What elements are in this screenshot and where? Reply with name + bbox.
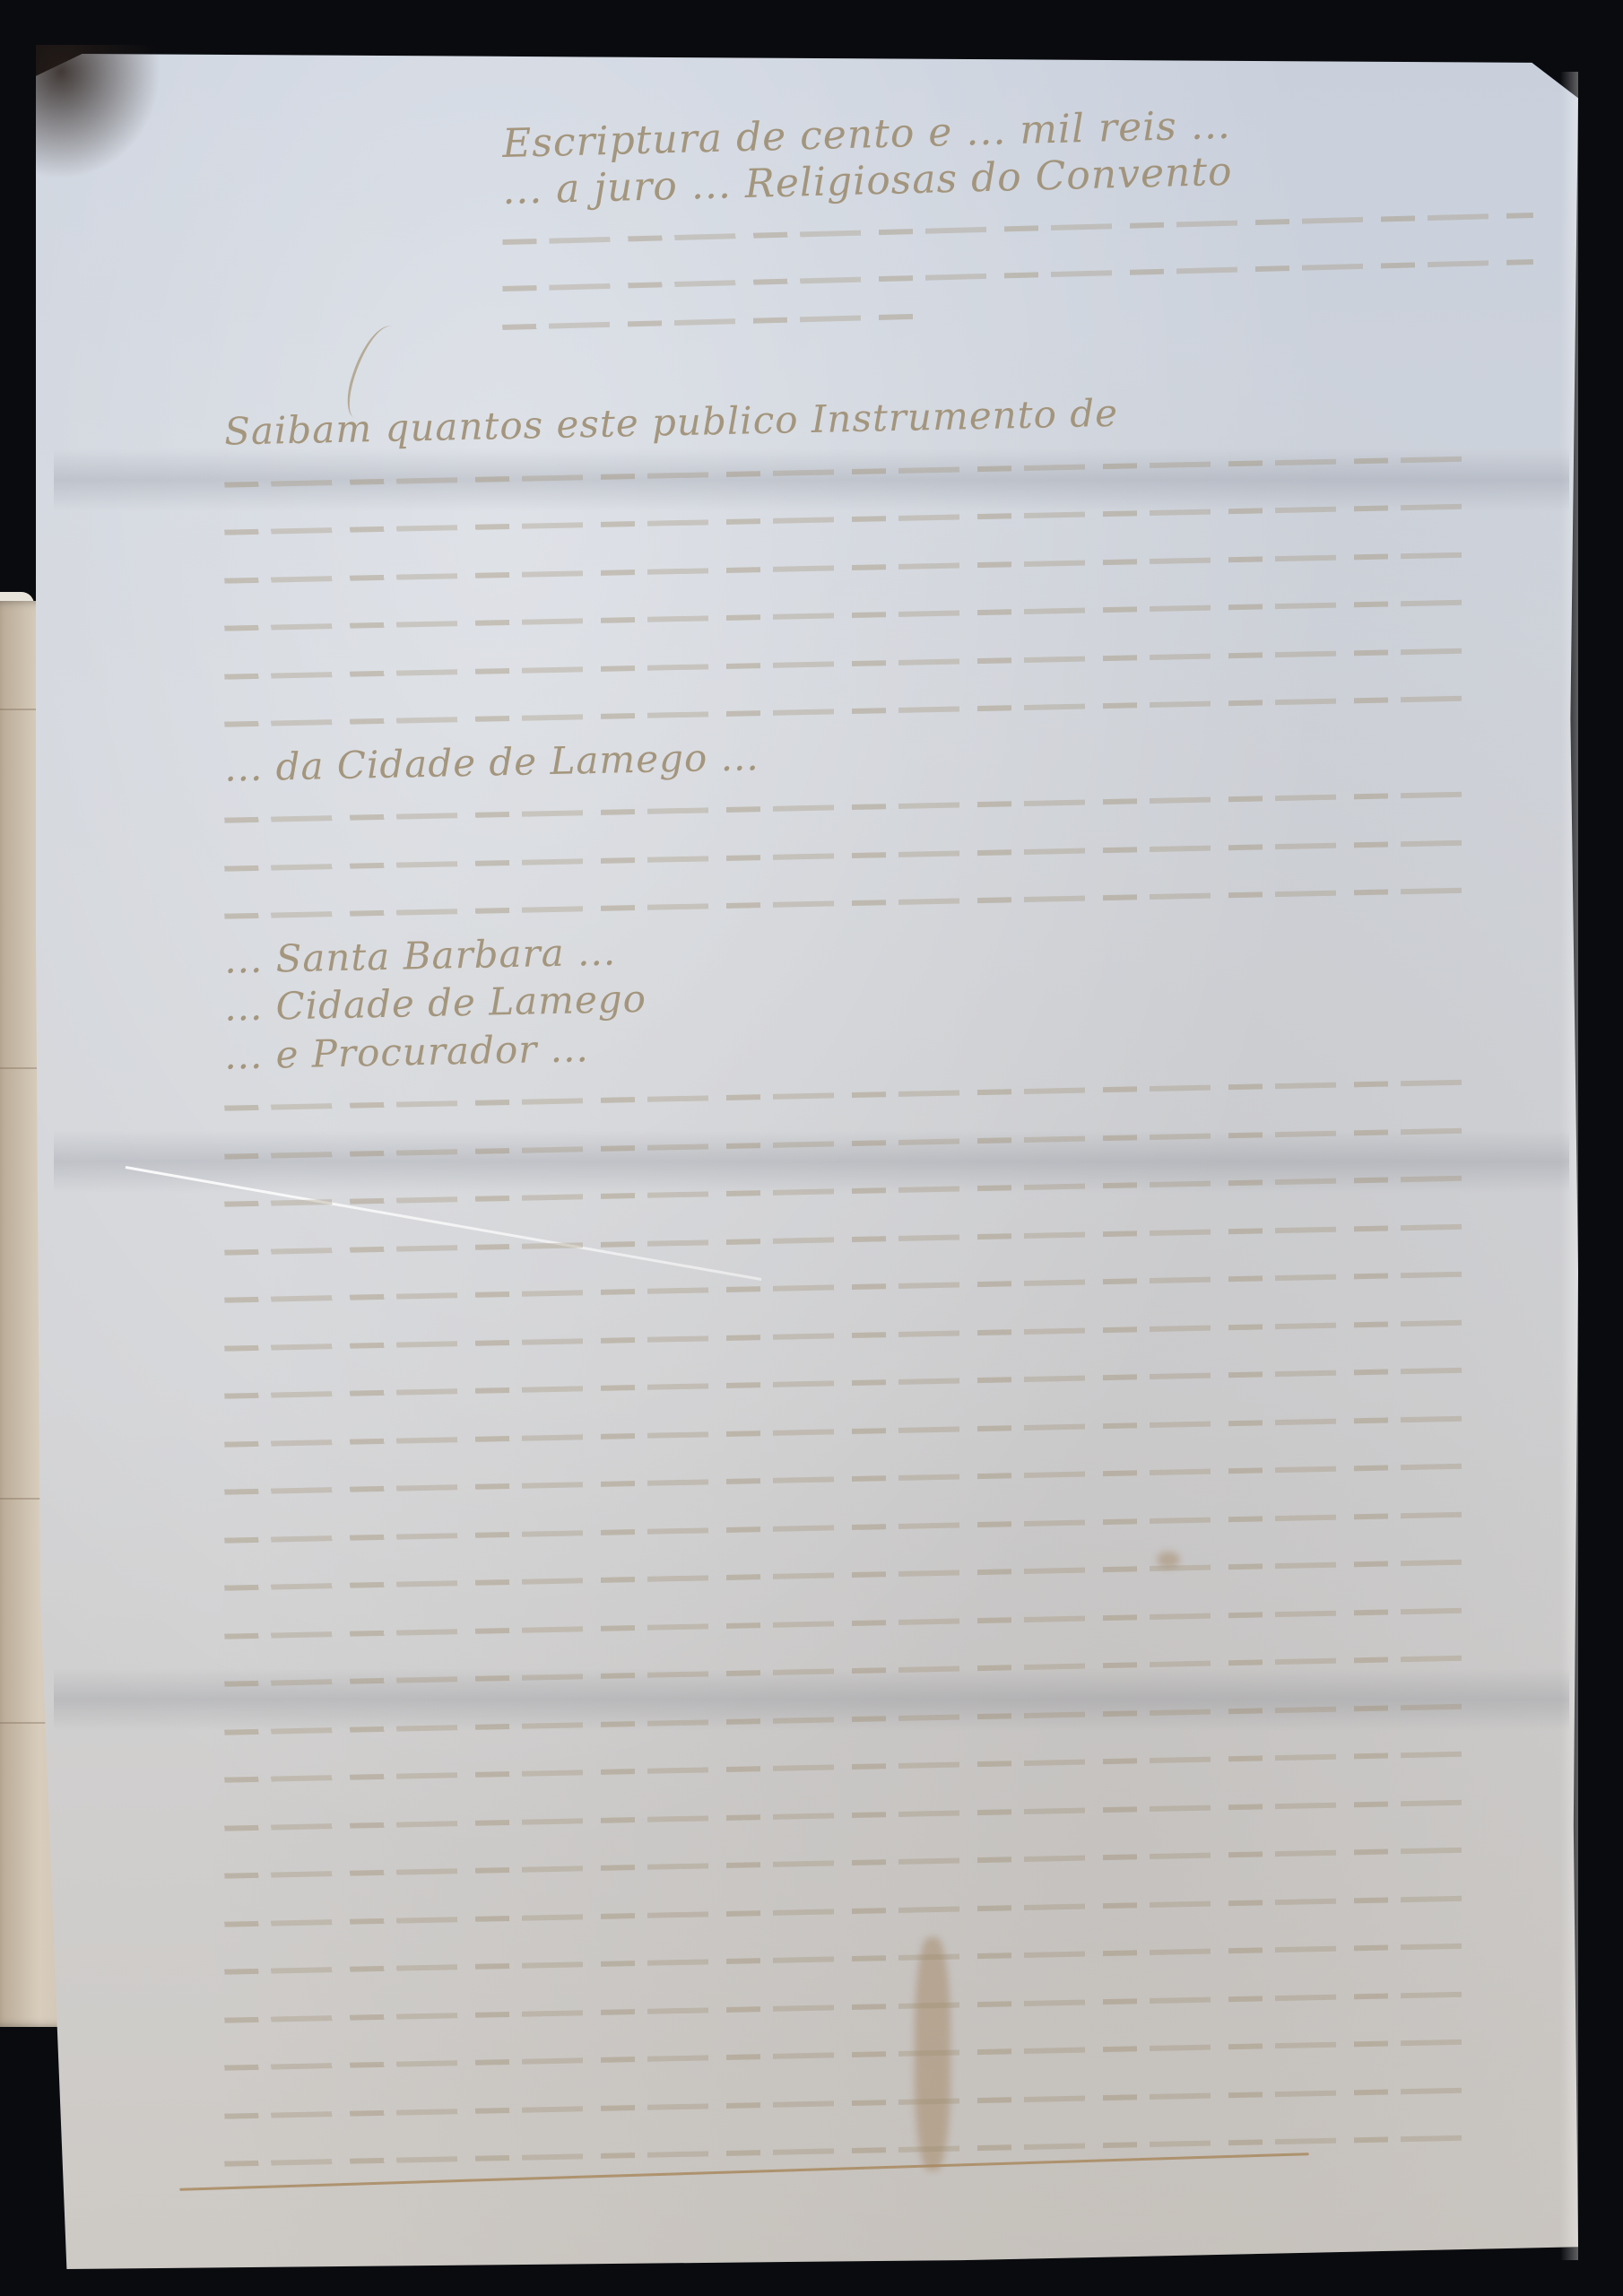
document-heading: Escriptura de cento e ... mil reis ... .… [502, 108, 1533, 341]
heading-line-illegible [501, 289, 915, 346]
document-body: Saibam quantos este publico Instrumento … [224, 395, 1480, 2170]
corner-damage [36, 45, 161, 179]
